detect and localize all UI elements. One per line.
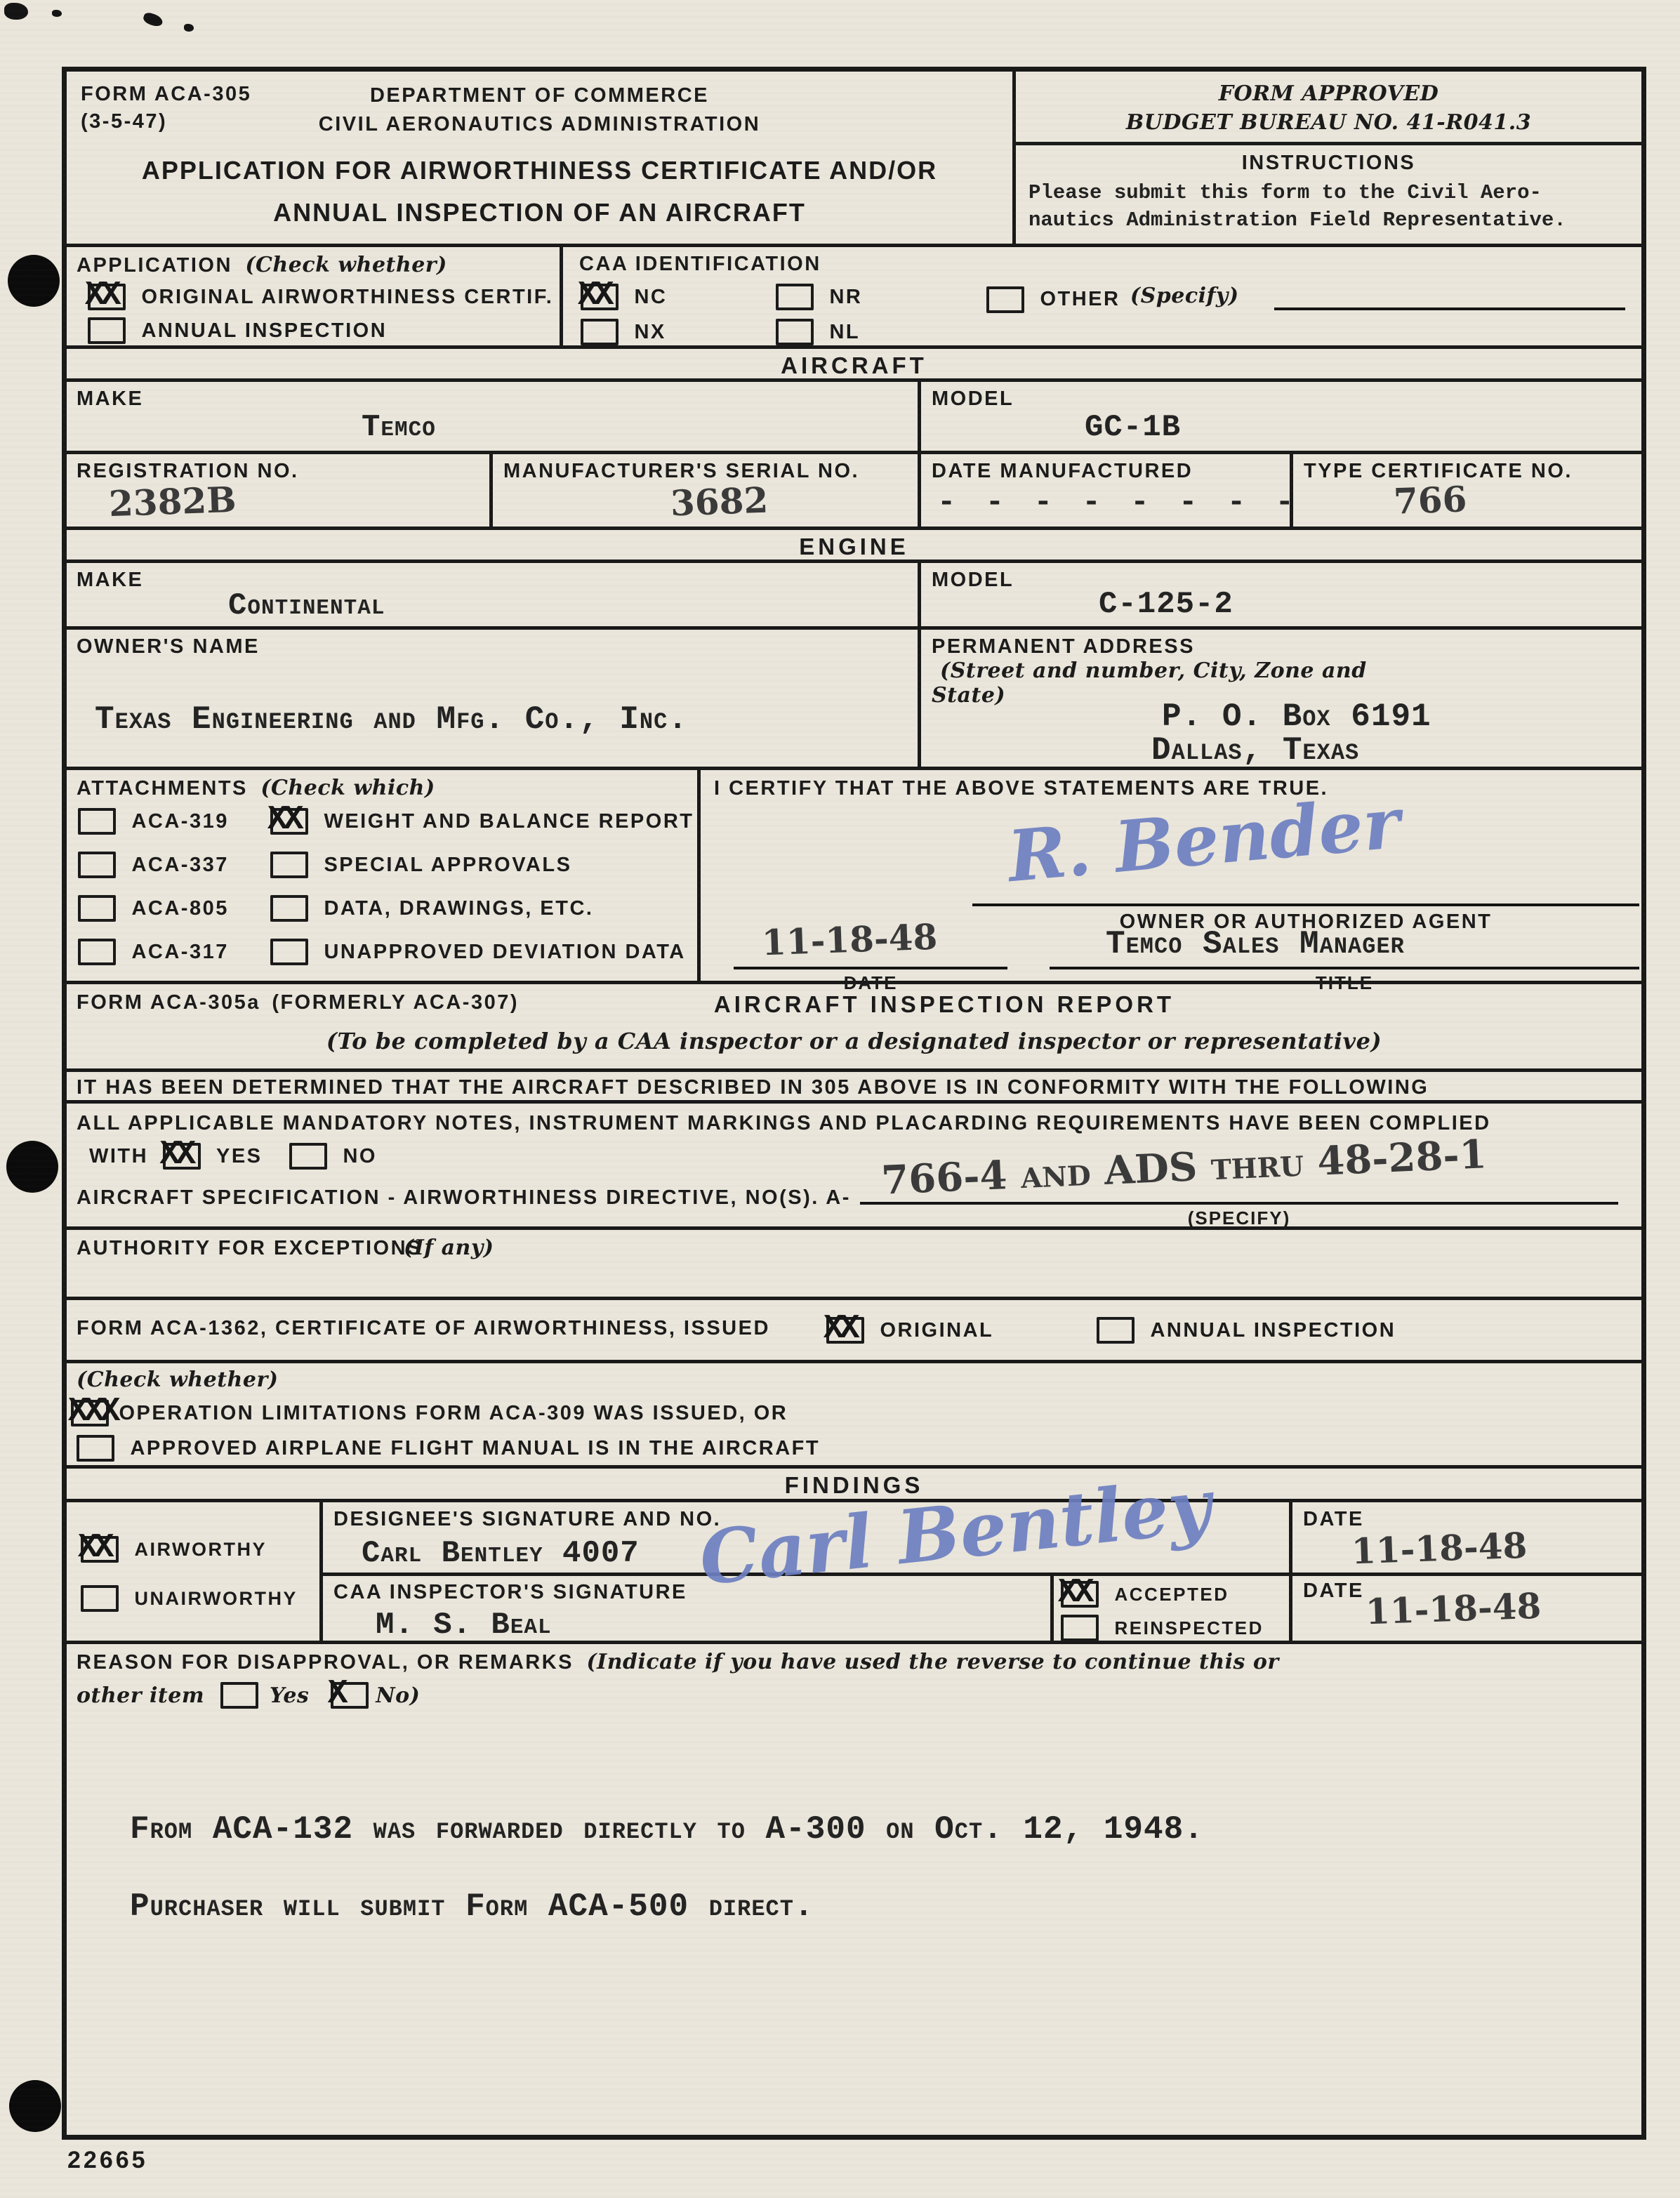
- nc-label: NC: [634, 286, 667, 308]
- yes-label: YES: [216, 1145, 263, 1167]
- attachment-aca805: ACA-805: [78, 895, 229, 922]
- aircraft-model-label: MODEL: [932, 388, 1014, 411]
- application-option-original: XX ORIGINAL AIRWORTHINESS CERTIF.: [88, 284, 553, 310]
- weight-balance-checkbox: XX: [270, 808, 308, 835]
- yes-checkbox: XX: [163, 1143, 201, 1170]
- form-approved-box: FORM APPROVED BUDGET BUREAU NO. 41-R041.…: [1016, 72, 1641, 145]
- agency-line2: CIVIL AERONAUTICS ADMINISTRATION: [67, 113, 1012, 136]
- engine-model-label: MODEL: [932, 569, 1014, 592]
- scanned-form-page: FORM ACA-305 (3-5-47) DEPARTMENT OF COMM…: [0, 0, 1680, 2198]
- checkbox-mark: XX: [160, 1136, 192, 1174]
- aca317-checkbox: [78, 939, 116, 965]
- other-hint: (Specify): [1130, 284, 1239, 308]
- inspection-report-subheading: (To be completed by a CAA inspector or a…: [67, 1028, 1641, 1054]
- date-mfg-label: DATE MANUFACTURED: [932, 460, 1193, 483]
- registration-label: REGISTRATION NO.: [77, 460, 299, 483]
- header-section: FORM ACA-305 (3-5-47) DEPARTMENT OF COMM…: [67, 72, 1641, 247]
- nx-checkbox: [581, 319, 619, 345]
- annual-issued-label: ANNUAL INSPECTION: [1150, 1319, 1396, 1342]
- other-specify-line: [1274, 307, 1625, 310]
- address-label: PERMANENT ADDRESS: [932, 635, 1195, 658]
- attachments-label-row: ATTACHMENTS (Check which): [77, 776, 435, 800]
- form-305a-ref: FORM ACA-305a (FORMERLY ACA-307): [77, 991, 519, 1014]
- unairworthy-label: UNAIRWORTHY: [134, 1588, 298, 1609]
- date-mfg-value: - - - - - - - -: [937, 485, 1299, 520]
- checkbox-mark: XX: [578, 277, 610, 315]
- spec-value: 766-4 and ADS thru 48-28-1: [880, 1131, 1488, 1204]
- findings-divider-left: [319, 1502, 323, 1641]
- checkbox-mark: XX: [1058, 1574, 1090, 1612]
- cert-issued-label: FORM ACA-1362, CERTIFICATE OF AIRWORTHIN…: [77, 1317, 770, 1340]
- designee-date-label: DATE: [1303, 1508, 1364, 1531]
- inspection-report-heading: AIRCRAFT INSPECTION REPORT: [558, 991, 1330, 1018]
- registration-value: 2382B: [108, 479, 237, 524]
- findings-divider-date: [1289, 1502, 1292, 1641]
- airworthy-checkbox: XX: [81, 1536, 119, 1563]
- attachments-divider: [697, 770, 701, 981]
- specify-caption: (SPECIFY): [860, 1207, 1618, 1229]
- engine-row1: MAKE Continental MODEL C-125-2: [67, 563, 1641, 630]
- agency-line1: DEPARTMENT OF COMMERCE: [67, 84, 1012, 107]
- agency-block: DEPARTMENT OF COMMERCE CIVIL AERONAUTICS…: [67, 84, 1012, 136]
- nx-label: NX: [634, 321, 666, 343]
- aca317-label: ACA-317: [131, 941, 228, 963]
- attachments-hint: (Check which): [260, 776, 435, 800]
- engine-make-label: MAKE: [77, 569, 143, 592]
- operation-limitations-option: XXX OPERATION LIMITATIONS FORM ACA-309 W…: [71, 1400, 788, 1426]
- remarks-line2: Purchaser will submit Form ACA-500 direc…: [130, 1888, 814, 1925]
- caa-option-nx: NX: [581, 319, 666, 345]
- instructions-body: Please submit this form to the Civil Aer…: [1028, 179, 1641, 234]
- owner-label: OWNER'S NAME: [77, 635, 260, 658]
- data-drawings-label: DATA, DRAWINGS, ETC.: [324, 897, 593, 920]
- attachment-aca319: ACA-319: [78, 808, 229, 835]
- application-divider: [560, 247, 563, 345]
- findings-row-divider: [323, 1573, 1641, 1576]
- hole-punch: [9, 2080, 61, 2132]
- findings-divider-accepted: [1050, 1573, 1054, 1641]
- address-line1: P. O. Box 6191: [1162, 699, 1431, 735]
- flight-manual-checkbox: [77, 1435, 114, 1462]
- owner-row: OWNER'S NAME Texas Engineering and Mfg. …: [67, 630, 1641, 770]
- application-label-row: APPLICATION (Check whether): [77, 253, 447, 277]
- remarks-no-checkbox: X: [331, 1682, 369, 1709]
- attachments-section: ATTACHMENTS (Check which) ACA-319 ACA-33…: [67, 770, 1641, 984]
- operation-limitations-label: OPERATION LIMITATIONS FORM ACA-309 WAS I…: [119, 1402, 788, 1424]
- data-drawings-checkbox: [270, 895, 308, 922]
- aca805-label: ACA-805: [131, 897, 228, 920]
- application-section: APPLICATION (Check whether) XX ORIGINAL …: [67, 247, 1641, 349]
- reinspected-label: REINSPECTED: [1114, 1617, 1263, 1638]
- aca319-label: ACA-319: [131, 810, 228, 833]
- attachments-label: ATTACHMENTS: [77, 777, 248, 800]
- attachment-special-approvals: SPECIAL APPROVALS: [270, 852, 571, 878]
- aca805-checkbox: [78, 895, 116, 922]
- nr-label: NR: [829, 286, 862, 308]
- application-hint: (Check whether): [245, 253, 447, 277]
- compliance-with-row: WITH XX YES NO: [77, 1143, 377, 1170]
- caa-option-other: OTHER (Specify): [986, 284, 1239, 313]
- findings-band: FINDINGS: [67, 1469, 1641, 1502]
- inspector-date-label: DATE: [1303, 1580, 1364, 1603]
- unapproved-deviation-label: UNAPPROVED DEVIATION DATA: [324, 941, 685, 963]
- aircraft-row1: MAKE Temco MODEL GC-1B: [67, 382, 1641, 454]
- original-airworthiness-checkbox: XX: [88, 284, 126, 310]
- owner-row-divider: [918, 630, 921, 767]
- inspector-label: CAA INSPECTOR'S SIGNATURE: [333, 1581, 687, 1604]
- attachment-weight-balance: XX WEIGHT AND BALANCE REPORT: [270, 808, 694, 835]
- form-border: FORM ACA-305 (3-5-47) DEPARTMENT OF COMM…: [62, 67, 1646, 2140]
- attachment-data-drawings: DATA, DRAWINGS, ETC.: [270, 895, 593, 922]
- checkbox-mark: XX: [85, 277, 117, 315]
- checkbox-mark: XXX: [68, 1393, 116, 1431]
- accepted-checkbox: XX: [1061, 1581, 1099, 1608]
- engine-row1-divider: [918, 563, 921, 626]
- determination-row: IT HAS BEEN DETERMINED THAT THE AIRCRAFT…: [67, 1072, 1641, 1104]
- certify-date-value: 11-18-48: [761, 916, 938, 964]
- check-whether-section: (Check whether) XXX OPERATION LIMITATION…: [67, 1363, 1641, 1469]
- authority-section: AUTHORITY FOR EXCEPTIONS (If any): [67, 1230, 1641, 1300]
- caa-option-nr: NR: [776, 284, 862, 310]
- unairworthy-option: UNAIRWORTHY: [81, 1585, 298, 1612]
- annual-option: ANNUAL INSPECTION: [1097, 1317, 1396, 1344]
- designee-typed-name: Carl Bentley 4007: [362, 1536, 640, 1571]
- airworthy-option: XX AIRWORTHY: [81, 1536, 267, 1563]
- checkbox-mark: XX: [78, 1529, 110, 1567]
- aircraft-row2: REGISTRATION NO. 2382B MANUFACTURER'S SE…: [67, 454, 1641, 530]
- other-label: OTHER: [1040, 288, 1120, 310]
- inspection-report-header: FORM ACA-305a (FORMERLY ACA-307) AIRCRAF…: [67, 984, 1641, 1072]
- type-cert-value: 766: [1393, 478, 1467, 522]
- scan-artifact: [184, 24, 194, 32]
- form-305a-formerly: (FORMERLY ACA-307): [272, 991, 519, 1014]
- no-label: NO: [343, 1145, 377, 1167]
- certify-title-line: [1050, 967, 1639, 969]
- authority-hint: (If any): [404, 1236, 494, 1260]
- spec-label: AIRCRAFT SPECIFICATION - AIRWORTHINESS D…: [77, 1186, 851, 1210]
- caa-option-nl: NL: [776, 319, 860, 345]
- aircraft-band: AIRCRAFT: [67, 349, 1641, 382]
- serial-value: 3682: [670, 479, 769, 524]
- address-label-block: PERMANENT ADDRESS (Street and number, Ci…: [932, 635, 1627, 708]
- check-whether-hint: (Check whether): [77, 1368, 278, 1392]
- scan-artifact: [142, 11, 164, 28]
- hole-punch: [6, 1141, 58, 1193]
- form-title: APPLICATION FOR AIRWORTHINESS CERTIFICAT…: [67, 156, 1012, 227]
- flight-manual-option: APPROVED AIRPLANE FLIGHT MANUAL IS IN TH…: [77, 1435, 820, 1462]
- engine-band: ENGINE: [67, 530, 1641, 563]
- form-title-line2: ANNUAL INSPECTION OF AN AIRCRAFT: [67, 198, 1012, 227]
- aircraft-make-label: MAKE: [77, 388, 143, 411]
- remarks-yes-label: Yes: [270, 1683, 309, 1708]
- form-title-line1: APPLICATION FOR AIRWORTHINESS CERTIFICAT…: [67, 156, 1012, 185]
- operation-limitations-checkbox: XXX: [71, 1400, 109, 1426]
- inspector-date-value: 11-18-48: [1365, 1585, 1542, 1633]
- aircraft-row1-divider: [918, 382, 921, 451]
- remarks-hint-line2: other item: [77, 1683, 204, 1708]
- remarks-yes-checkbox: [220, 1682, 258, 1709]
- owner-signature-line: [972, 903, 1639, 906]
- owner-value: Texas Engineering and Mfg. Co., Inc.: [95, 701, 688, 738]
- remarks-label: REASON FOR DISAPPROVAL, OR REMARKS: [77, 1651, 574, 1674]
- remarks-no-label: No): [376, 1683, 420, 1708]
- reinspected-checkbox: [1061, 1615, 1099, 1641]
- compliance-text: ALL APPLICABLE MANDATORY NOTES, INSTRUME…: [77, 1112, 1491, 1135]
- checkbox-mark: X: [328, 1675, 344, 1713]
- designee-label: DESIGNEE'S SIGNATURE AND NO.: [333, 1508, 721, 1531]
- remarks-hint-line1: (Indicate if you have used the reverse t…: [586, 1650, 1278, 1674]
- address-hint-line1: (Street and number, City, Zone and: [940, 658, 1367, 683]
- attachment-aca337: ACA-337: [78, 852, 229, 878]
- annual-inspection-checkbox: [88, 317, 126, 344]
- nl-label: NL: [829, 321, 860, 343]
- application-label: APPLICATION: [77, 254, 232, 277]
- findings-table: XX AIRWORTHY UNAIRWORTHY DESIGNEE'S SIGN…: [67, 1502, 1641, 1644]
- unapproved-deviation-checkbox: [270, 939, 308, 965]
- other-checkbox: [986, 286, 1024, 313]
- remarks-label-row: REASON FOR DISAPPROVAL, OR REMARKS (Indi…: [77, 1650, 1279, 1674]
- checkbox-mark: XX: [824, 1310, 856, 1348]
- annual-issued-checkbox: [1097, 1317, 1135, 1344]
- original-issued-checkbox: XX: [826, 1317, 864, 1344]
- application-option-annual: ANNUAL INSPECTION: [88, 317, 387, 344]
- with-label: WITH: [89, 1145, 148, 1167]
- inspector-name: M. S. Beal: [376, 1608, 552, 1643]
- attachment-unapproved-deviation: UNAPPROVED DEVIATION DATA: [270, 939, 686, 965]
- serial-label: MANUFACTURER'S SERIAL NO.: [503, 460, 859, 483]
- instructions-line2: nautics Administration Field Representat…: [1028, 206, 1641, 234]
- form-approved-line2: BUDGET BUREAU NO. 41-R041.3: [1016, 110, 1641, 135]
- footer-serial-number: 22665: [67, 2147, 148, 2174]
- aircraft-make-value: Temco: [362, 410, 436, 445]
- form-approved-line1: FORM APPROVED: [1016, 81, 1641, 106]
- instructions-title: INSTRUCTIONS: [1016, 152, 1641, 175]
- nc-checkbox: XX: [581, 284, 619, 310]
- annual-inspection-label: ANNUAL INSPECTION: [141, 319, 387, 342]
- no-checkbox: [289, 1143, 327, 1170]
- flight-manual-label: APPROVED AIRPLANE FLIGHT MANUAL IS IN TH…: [130, 1437, 820, 1459]
- aca337-label: ACA-337: [131, 854, 228, 876]
- spec-line: [860, 1202, 1618, 1205]
- instructions-line1: Please submit this form to the Civil Aer…: [1028, 179, 1641, 206]
- designee-date-value: 11-18-48: [1351, 1525, 1528, 1573]
- caa-option-nc: XX NC: [581, 284, 667, 310]
- determination-text: IT HAS BEEN DETERMINED THAT THE AIRCRAFT…: [77, 1076, 1429, 1099]
- remarks-section: REASON FOR DISAPPROVAL, OR REMARKS (Indi…: [67, 1644, 1641, 2135]
- certify-title-value: Temco Sales Manager: [1106, 926, 1405, 962]
- cert-issued-section: FORM ACA-1362, CERTIFICATE OF AIRWORTHIN…: [67, 1300, 1641, 1363]
- compliance-section: ALL APPLICABLE MANDATORY NOTES, INSTRUME…: [67, 1104, 1641, 1230]
- weight-balance-label: WEIGHT AND BALANCE REPORT: [324, 810, 694, 833]
- instructions-box: INSTRUCTIONS Please submit this form to …: [1016, 147, 1641, 234]
- original-option: XX ORIGINAL: [826, 1317, 993, 1344]
- caa-id-label: CAA IDENTIFICATION: [579, 253, 821, 275]
- accepted-label: ACCEPTED: [1114, 1584, 1229, 1605]
- engine-section-label: ENGINE: [67, 534, 1641, 560]
- authority-label: AUTHORITY FOR EXCEPTIONS: [77, 1237, 423, 1260]
- aircraft-section-label: AIRCRAFT: [67, 352, 1641, 379]
- original-issued-label: ORIGINAL: [880, 1319, 993, 1342]
- nl-checkbox: [776, 319, 814, 345]
- remarks-hint-row2: other item Yes X No): [77, 1682, 420, 1709]
- address-line2: Dallas, Texas: [1151, 732, 1359, 769]
- remarks-line1: From ACA-132 was forwarded directly to A…: [130, 1811, 1204, 1848]
- scan-artifact: [52, 10, 62, 17]
- special-approvals-label: SPECIAL APPROVALS: [324, 854, 571, 876]
- certify-date-line: [734, 967, 1007, 969]
- aircraft-model-value: GC-1B: [1085, 410, 1181, 445]
- accepted-option: XX ACCEPTED: [1061, 1581, 1229, 1608]
- aca337-checkbox: [78, 852, 116, 878]
- attachment-aca317: ACA-317: [78, 939, 229, 965]
- scan-artifact: [4, 3, 28, 20]
- engine-model-value: C-125-2: [1099, 587, 1233, 622]
- unairworthy-checkbox: [81, 1585, 119, 1612]
- checkbox-mark: XX: [267, 801, 300, 839]
- caa-id-label-row: CAA IDENTIFICATION: [579, 253, 821, 276]
- findings-section-label: FINDINGS: [67, 1472, 1641, 1499]
- aircraft-row2-divider2: [918, 454, 921, 527]
- aircraft-row2-divider1: [489, 454, 493, 527]
- form-305a-number: FORM ACA-305a: [77, 991, 260, 1014]
- airworthy-label: AIRWORTHY: [134, 1539, 267, 1560]
- aca319-checkbox: [78, 808, 116, 835]
- original-airworthiness-label: ORIGINAL AIRWORTHINESS CERTIF.: [141, 286, 553, 308]
- nr-checkbox: [776, 284, 814, 310]
- engine-make-value: Continental: [228, 588, 385, 623]
- special-approvals-checkbox: [270, 852, 308, 878]
- reinspected-option: REINSPECTED: [1061, 1615, 1264, 1641]
- hole-punch: [8, 255, 60, 307]
